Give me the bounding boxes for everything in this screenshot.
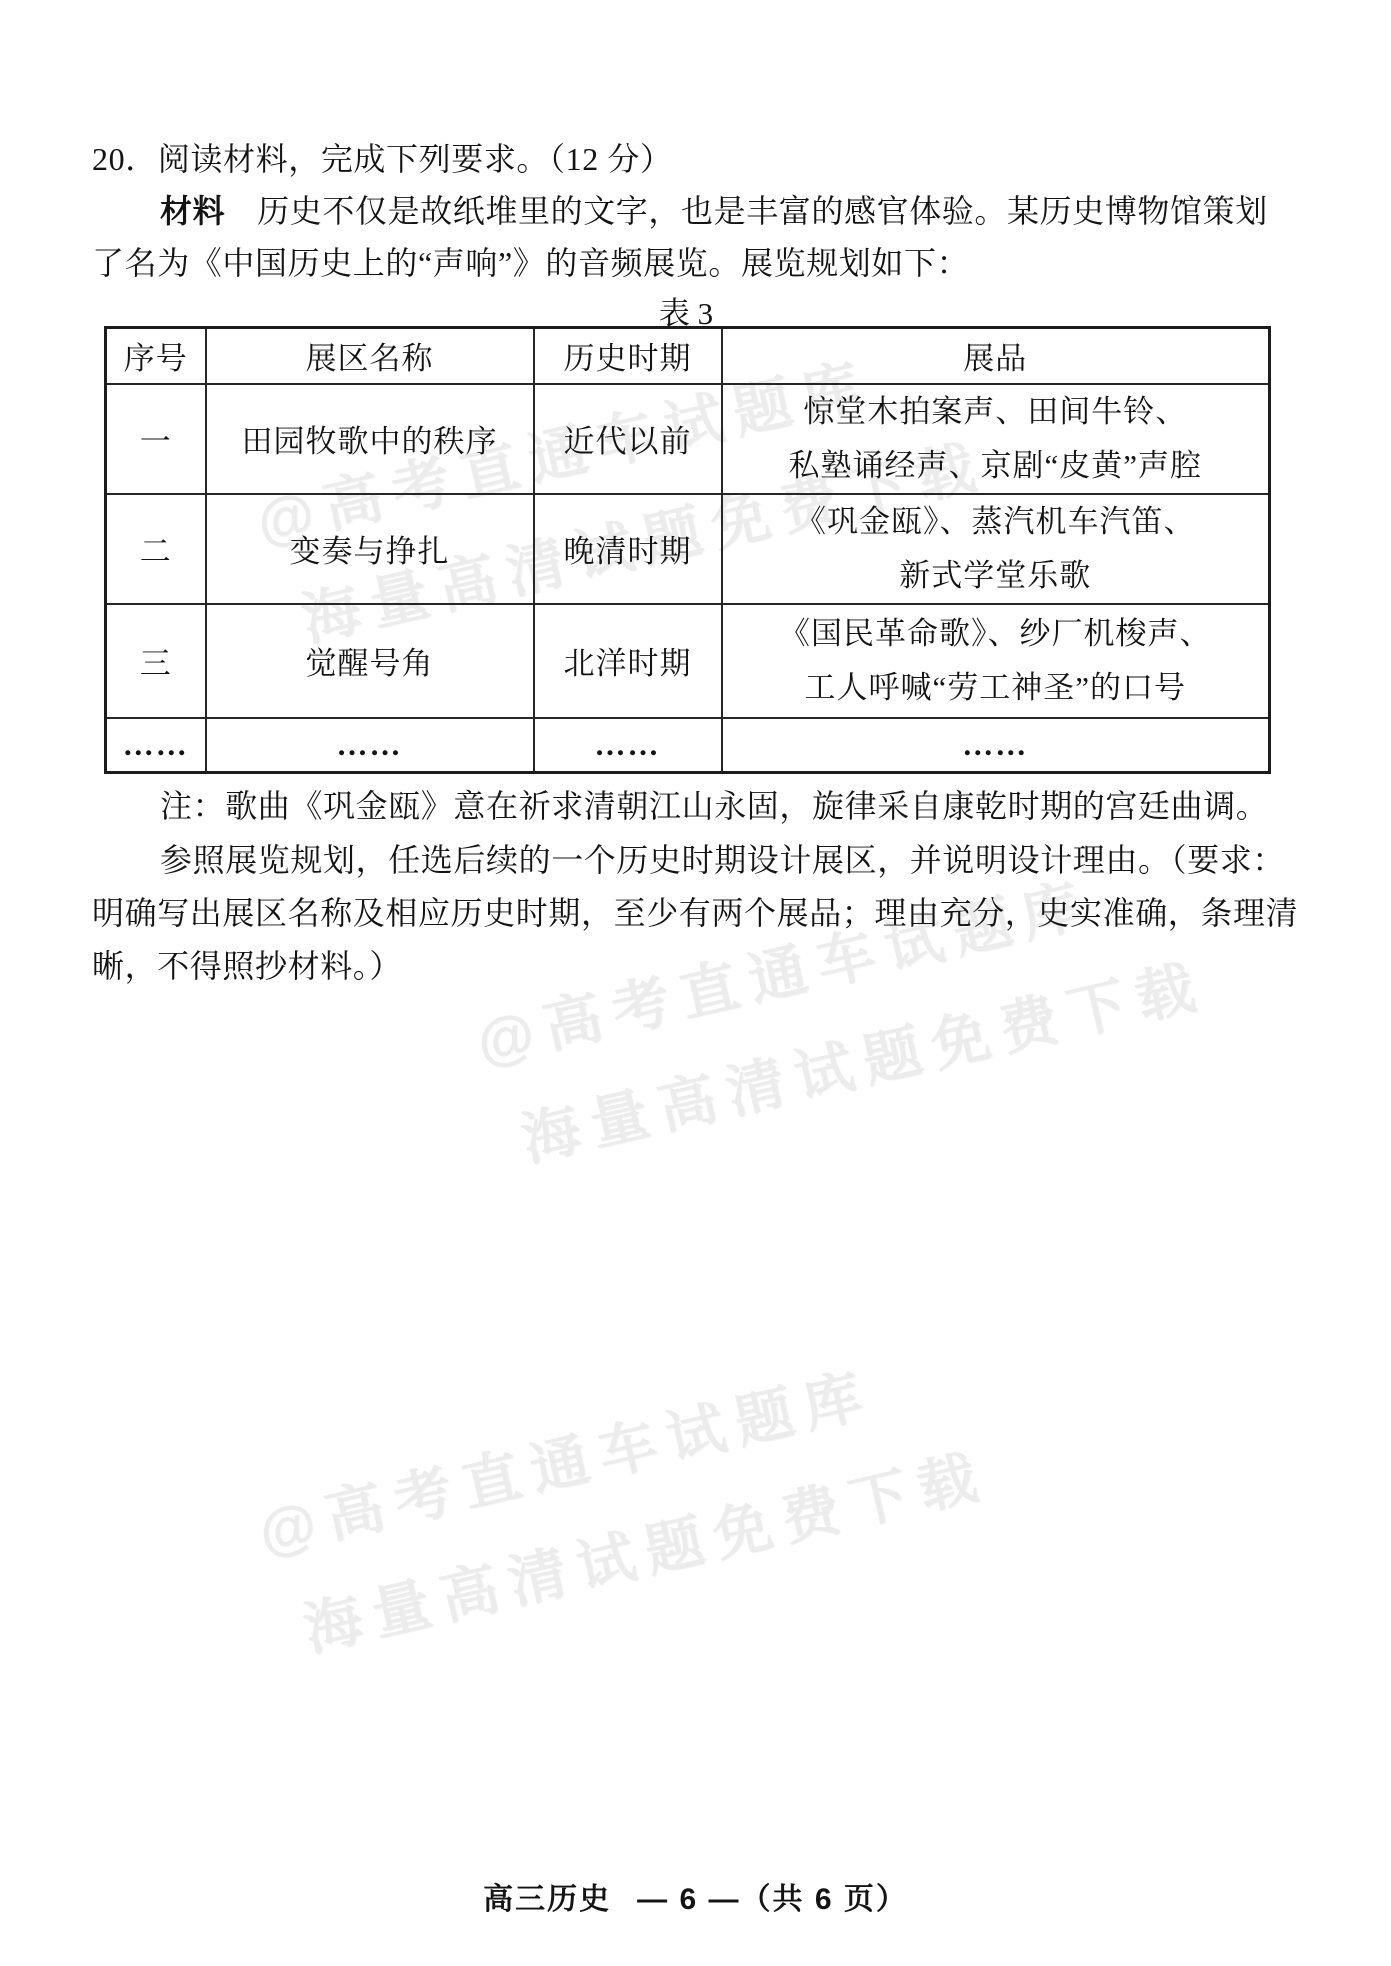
header-cell-items: 展品 [722,328,1270,384]
watermark-block-lower: @高考直通车试题库 海量高清试题免费下载 [248,1312,1036,1688]
table-note-line: 注：歌曲《巩金瓯》意在祈求清朝江山永固，旋律采自康乾时期的宫廷曲调。 [160,787,1268,825]
cell-period: …… [534,718,722,773]
table-row: 一 田园牧歌中的秩序 近代以前 惊堂木拍案声、田间牛铃、 私塾诵经声、京剧“皮黄… [106,384,1270,494]
page-footer: 高三历史— 6 —（共 6 页） [0,1874,1391,1918]
table-row: 三 觉醒号角 北洋时期 《国民革命歌》、纱厂机梭声、 工人呼喊“劳工神圣”的口号 [106,604,1270,718]
cell-period: 近代以前 [534,384,722,494]
items-line: 工人呼喊“劳工神圣”的口号 [723,661,1269,715]
cell-no: 二 [106,494,206,604]
items-line: 新式学堂乐歌 [723,549,1269,603]
instruction-line-2: 明确写出展区名称及相应历史时期，至少有两个展品；理由充分，史实准确，条理清 [92,894,1298,932]
instruction-line-3: 晰，不得照抄材料。） [92,947,402,985]
items-line: 惊堂木拍案声、田间牛铃、 [723,385,1269,439]
cell-items: 《国民革命歌》、纱厂机梭声、 工人呼喊“劳工神圣”的口号 [722,604,1270,718]
material-label: 材料 [160,193,225,229]
cell-no: 三 [106,604,206,718]
items-line: 《巩金瓯》、蒸汽机车汽笛、 [723,495,1269,549]
cell-period: 晚清时期 [534,494,722,604]
cell-no: …… [106,718,206,773]
cell-zone: 田园牧歌中的秩序 [206,384,534,494]
table-row-ellipsis: …… …… …… …… [106,718,1270,773]
material-paragraph-line1: 材料历史不仅是故纸堆里的文字，也是丰富的感官体验。某历史博物馆策划 [160,192,1268,230]
watermark-text: 海量高清试题免费下载 [511,925,1254,1193]
material-text-line1: 历史不仅是故纸堆里的文字，也是丰富的感官体验。某历史博物馆策划 [257,193,1268,229]
footer-subject: 高三历史 [483,1883,611,1916]
cell-items: 惊堂木拍案声、田间牛铃、 私塾诵经声、京剧“皮黄”声腔 [722,384,1270,494]
table-row: 二 变奏与挣扎 晚清时期 《巩金瓯》、蒸汽机车汽笛、 新式学堂乐歌 [106,494,1270,604]
cell-items: 《巩金瓯》、蒸汽机车汽笛、 新式学堂乐歌 [722,494,1270,604]
question-text: 阅读材料，完成下列要求。（12 分） [158,141,673,177]
items-line: 《国民革命歌》、纱厂机梭声、 [723,607,1269,661]
watermark-text: 海量高清试题免费下载 [293,1415,1036,1683]
watermark-text: @高考直通车试题库 [248,1312,1012,1585]
header-cell-no: 序号 [106,328,206,384]
header-cell-zone: 展区名称 [206,328,534,384]
cell-period: 北洋时期 [534,604,722,718]
cell-no: 一 [106,384,206,494]
material-text-line2: 了名为《中国历史上的“声响”》的音频展览。展览规划如下： [92,245,969,281]
cell-zone: …… [206,718,534,773]
question-number: 20． [92,141,158,177]
items-line: 私塾诵经声、京剧“皮黄”声腔 [723,439,1269,493]
footer-page-info: — 6 —（共 6 页） [637,1883,908,1916]
instruction-line-1: 参照展览规划，任选后续的一个历史时期设计展区，并说明设计理由。（要求： [160,841,1285,879]
header-cell-period: 历史时期 [534,328,722,384]
question-line: 20．阅读材料，完成下列要求。（12 分） [92,140,673,178]
cell-zone: 变奏与挣扎 [206,494,534,604]
table-header-row: 序号 展区名称 历史时期 展品 [106,328,1270,384]
cell-items: …… [722,718,1270,773]
material-paragraph-line2: 了名为《中国历史上的“声响”》的音频展览。展览规划如下： [92,244,969,282]
cell-zone: 觉醒号角 [206,604,534,718]
exhibition-plan-table: 序号 展区名称 历史时期 展品 一 田园牧歌中的秩序 近代以前 惊堂木拍案声、田… [104,326,1271,774]
